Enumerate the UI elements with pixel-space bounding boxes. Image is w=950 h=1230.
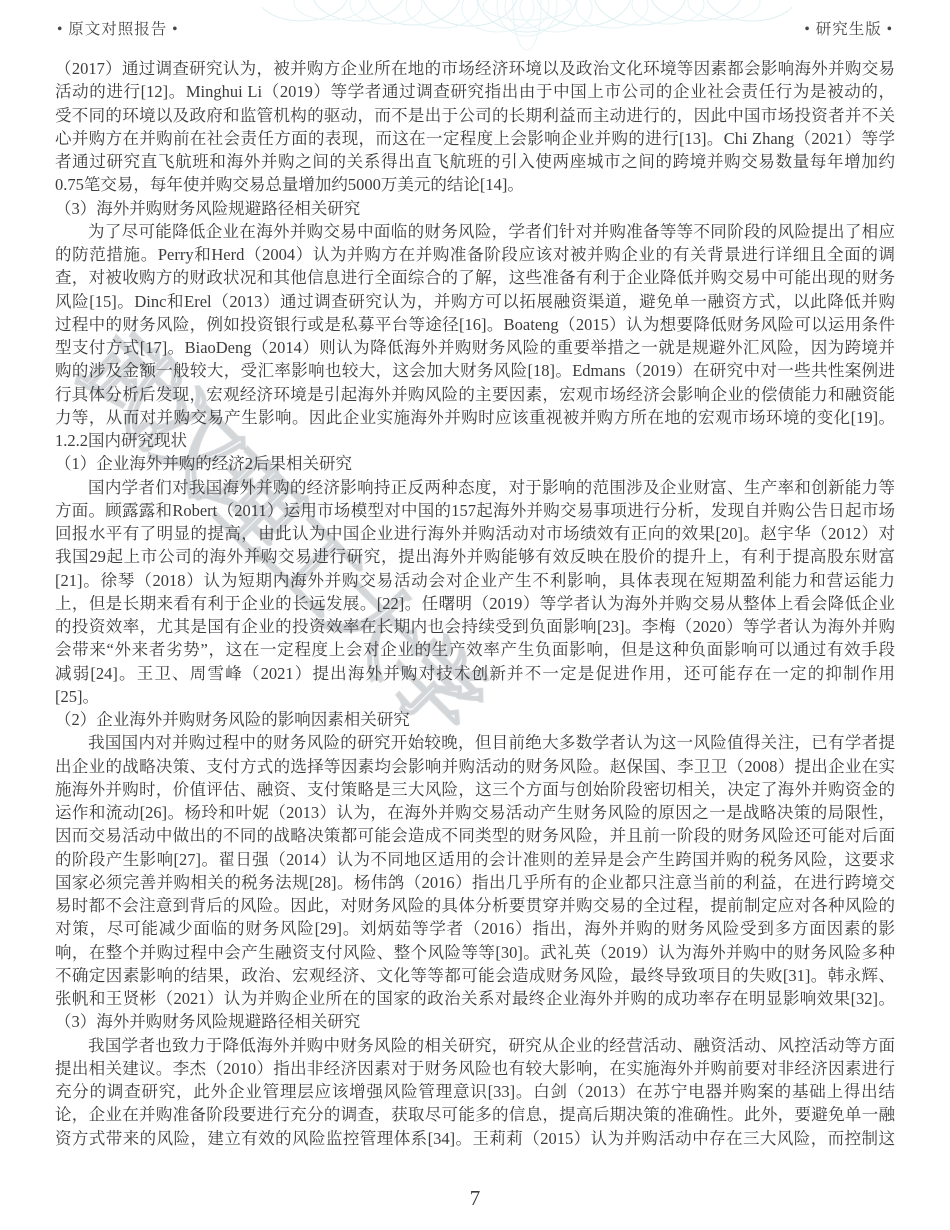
- text-line: 方面。顾露露和Robert（2011）运用市场模型对中国的157起海外并购交易事…: [55, 499, 895, 522]
- body-text: （2017）通过调查研究认为，被并购方企业所在地的市场经济环境以及政治文化环境等…: [55, 57, 895, 1150]
- text-line: 0.75笔交易，每年使并购交易总量增加约5000万美元的结论[14]。: [55, 173, 895, 196]
- text-line: 者通过研究直飞航班和海外并购之间的关系得出直飞航班的引入使两座城市之间的跨境并购…: [55, 150, 895, 173]
- text-line: 力等，从而对并购交易产生影响。因此企业实施海外并购时应该重视被并购方所在地的宏观…: [55, 406, 895, 429]
- text-line: 减弱[24]。王卫、周雪峰（2021）提出海外并购对技术创新并不一定是促进作用，…: [55, 662, 895, 685]
- text-line: 国内学者们对我国海外并购的经济影响持正反两种态度，对于影响的范围涉及企业财富、生…: [55, 476, 895, 499]
- text-line: （1）企业海外并购的经济2后果相关研究: [55, 452, 895, 475]
- text-line: 充分的调查研究，此外企业管理层应该增强风险管理意识[33]。白剑（2013）在苏…: [55, 1080, 895, 1103]
- text-line: 1.2.2国内研究现状: [55, 429, 895, 452]
- text-line: [25]。: [55, 685, 895, 708]
- text-line: 我国29起上市公司的海外并购交易进行研究，提出海外并购能够有效反映在股价的提升上…: [55, 545, 895, 568]
- text-line: 提出相关建议。李杰（2010）指出非经济因素对于财务风险也有较大影响，在实施海外…: [55, 1057, 895, 1080]
- report-page: • 原文对照报告 • • 研究生版 • 武汉理工大学 （2017）通过调查研究认…: [0, 0, 950, 1230]
- text-line: 会带来“外来者劣势”，这在一定程度上会对企业的生产效率产生负面影响，但是这种负面…: [55, 638, 895, 661]
- text-line: 的阶段产生影响[27]。翟日强（2014）认为不同地区适用的会计准则的差异是会产…: [55, 848, 895, 871]
- page-header: • 原文对照报告 • • 研究生版 •: [57, 17, 893, 39]
- text-line: 资方式带来的风险，建立有效的风险监控管理体系[34]。王莉莉（2015）认为并购…: [55, 1127, 895, 1150]
- text-line: 易时都不会注意到背后的风险。因此，对财务风险的具体分析要贯穿并购交易的全过程，提…: [55, 894, 895, 917]
- text-line: 运作和流动[26]。杨玲和叶妮（2013）认为，在海外并购交易活动产生财务风险的…: [55, 801, 895, 824]
- text-line: 行具体分析后发现，宏观经济环境是引起海外并购风险的主要因素，宏观市场经济会影响企…: [55, 383, 895, 406]
- text-line: （2）企业海外并购财务风险的影响因素相关研究: [55, 708, 895, 731]
- text-line: 出企业的战略决策、支付方式的选择等因素均会影响并购活动的财务风险。赵保国、李卫卫…: [55, 755, 895, 778]
- text-line: 的防范措施。Perry和Herd（2004）认为并购方在并购准备阶段应该对被并购…: [55, 243, 895, 266]
- text-line: 过程中的财务风险，例如投资银行或是私募平台等途径[16]。Boateng（201…: [55, 313, 895, 336]
- text-line: 风险[15]。Dinc和Erel（2013）通过调查研究认为，并购方可以拓展融资…: [55, 290, 895, 313]
- text-line: 回报水平有了明显的提高，由此认为中国企业进行海外并购活动对市场绩效有正向的效果[…: [55, 522, 895, 545]
- text-line: 的投资效率，尤其是国有企业的投资效率在长期内也会持续受到负面影响[23]。李梅（…: [55, 615, 895, 638]
- text-line: 不确定因素影响的结果，政治、宏观经济、文化等等都可能会造成财务风险，最终导致项目…: [55, 964, 895, 987]
- text-line: （2017）通过调查研究认为，被并购方企业所在地的市场经济环境以及政治文化环境等…: [55, 57, 895, 80]
- header-right-label: • 研究生版 •: [804, 17, 893, 39]
- text-line: 为了尽可能降低企业在海外并购交易中面临的财务风险，学者们针对并购准备等等不同阶段…: [55, 220, 895, 243]
- text-line: 受不同的环境以及政府和监管机构的驱动，而不是出于公司的长期利益而主动进行的，因此…: [55, 104, 895, 127]
- text-line: 因而交易活动中做出的不同的战略决策都可能会造成不同类型的财务风险，并且前一阶段的…: [55, 824, 895, 847]
- page-number: 7: [0, 1186, 950, 1211]
- text-line: 国家必须完善并购相关的税务法规[28]。杨伟鸽（2016）指出几乎所有的企业都只…: [55, 871, 895, 894]
- text-line: 购的涉及金额一般较大，受汇率影响也较大，这会加大财务风险[18]。Edmans（…: [55, 359, 895, 382]
- text-line: 张帆和王贤彬（2021）认为并购企业所在的国家的政治关系对最终企业海外并购的成功…: [55, 987, 895, 1010]
- text-line: 施海外并购时，价值评估、融资、支付策略是三大风险，这三个方面与创始阶段密切相关，…: [55, 778, 895, 801]
- text-line: 型支付方式[17]。BiaoDeng（2014）则认为降低海外并购财务风险的重要…: [55, 336, 895, 359]
- text-line: 对策，尽可能减少面临的财务风险[29]。刘炳茹等学者（2016）指出，海外并购的…: [55, 917, 895, 940]
- text-line: 活动的进行[12]。Minghui Li（2019）等学者通过调查研究指出由于中…: [55, 80, 895, 103]
- text-line: 上，但是长期来看有利于企业的长远发展。[22]。任曙明（2019）等学者认为海外…: [55, 592, 895, 615]
- text-line: [21]。徐琴（2018）认为短期内海外并购交易活动会对企业产生不利影响，具体表…: [55, 569, 895, 592]
- text-line: 论，企业在并购准备阶段要进行充分的调查，获取尽可能多的信息，提高后期决策的准确性…: [55, 1103, 895, 1126]
- text-line: 我国学者也致力于降低海外并购中财务风险的相关研究，研究从企业的经营活动、融资活动…: [55, 1034, 895, 1057]
- text-line: 响，在整个并购过程中会产生融资支付风险、整个风险等等[30]。武礼英（2019）…: [55, 941, 895, 964]
- text-line: 心并购方在并购前在社会责任方面的表现，而这在一定程度上会影响企业并购的进行[13…: [55, 127, 895, 150]
- text-line: 查，对被收购方的财政状况和其他信息进行全面综合的了解，这些准备有利于企业降低并购…: [55, 266, 895, 289]
- text-line: 我国国内对并购过程中的财务风险的研究开始较晚，但目前绝大多数学者认为这一风险值得…: [55, 731, 895, 754]
- text-line: （3）海外并购财务风险规避路径相关研究: [55, 197, 895, 220]
- header-left-label: • 原文对照报告 •: [57, 17, 179, 39]
- text-line: （3）海外并购财务风险规避路径相关研究: [55, 1010, 895, 1033]
